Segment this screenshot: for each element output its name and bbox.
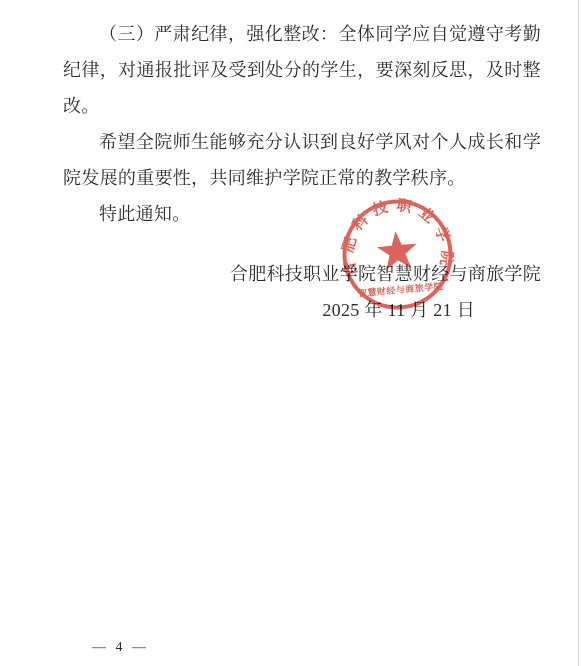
paragraph-discipline: （三）严肃纪律，强化整改：全体同学应自觉遵守考勤纪律，对通报批评及受到处分的学生… — [63, 16, 541, 124]
page-edge-line — [578, 0, 579, 666]
signature-date: 2025 年 11 月 21 日 — [63, 292, 541, 328]
document-body: （三）严肃纪律，强化整改：全体同学应自觉遵守考勤纪律，对通报批评及受到处分的学生… — [63, 16, 541, 328]
paragraph-hope: 希望全院师生能够充分认识到良好学风对个人成长和学院发展的重要性，共同维护学院正常… — [63, 124, 541, 196]
paragraph-notice-close: 特此通知。 — [63, 196, 541, 232]
signature-organization: 合肥科技职业学院智慧财经与商旅学院 — [63, 256, 541, 292]
page-number: — 4 — — [92, 640, 149, 656]
signature-block: 合肥科技职业学院智慧财经与商旅学院 2025 年 11 月 21 日 — [63, 256, 541, 328]
document-page: （三）严肃纪律，强化整改：全体同学应自觉遵守考勤纪律，对通报批评及受到处分的学生… — [0, 0, 582, 666]
